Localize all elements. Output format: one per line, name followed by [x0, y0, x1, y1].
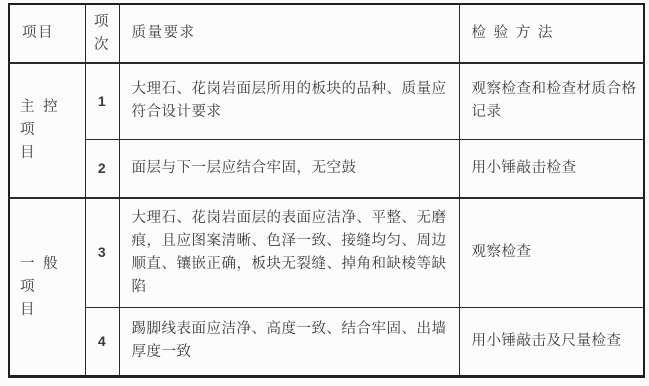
item-no-cell: 4	[85, 307, 119, 377]
document-page: 项目 项 次 质量要求 检 验 方 法 主 控 项 目 1 大理石、花岗岩面层所…	[0, 0, 649, 386]
requirement-cell: 大理石、花岗岩面层的表面应洁净、平整、无磨痕，且应图案清晰、色泽一致、接缝均匀、…	[119, 198, 459, 307]
table-row-2: 2 面层与下一层应结合牢固，无空鼓 用小锤敲击检查	[9, 139, 644, 198]
header-cell-requirement: 质量要求	[119, 4, 459, 63]
table-header-row: 项目 项 次 质量要求 检 验 方 法	[9, 4, 644, 63]
header-cell-method: 检 验 方 法	[459, 4, 644, 63]
requirement-cell: 踢脚线表面应洁净、高度一致、结合牢固、出墙厚度一致	[119, 307, 459, 377]
method-cell: 观察检查和检查材质合格记录	[459, 63, 644, 139]
header-cell-no: 项 次	[85, 4, 119, 63]
method-cell: 观察检查	[459, 198, 644, 307]
category-cell-main-control: 主 控 项 目	[9, 63, 85, 198]
quality-inspection-table: 项目 项 次 质量要求 检 验 方 法 主 控 项 目 1 大理石、花岗岩面层所…	[8, 3, 645, 378]
method-cell: 用小锤敲击检查	[459, 139, 644, 198]
table-row-3: 一 般 项 目 3 大理石、花岗岩面层的表面应洁净、平整、无磨痕，且应图案清晰、…	[9, 198, 644, 307]
table-row-4: 4 踢脚线表面应洁净、高度一致、结合牢固、出墙厚度一致 用小锤敲击及尺量检查	[9, 307, 644, 377]
method-cell: 用小锤敲击及尺量检查	[459, 307, 644, 377]
item-no-cell: 2	[85, 139, 119, 198]
requirement-cell: 大理石、花岗岩面层所用的板块的品种、质量应符合设计要求	[119, 63, 459, 139]
item-no-cell: 3	[85, 198, 119, 307]
item-no-cell: 1	[85, 63, 119, 139]
requirement-cell: 面层与下一层应结合牢固，无空鼓	[119, 139, 459, 198]
category-cell-general: 一 般 项 目	[9, 198, 85, 377]
header-cell-item: 项目	[9, 4, 85, 63]
table-row-1: 主 控 项 目 1 大理石、花岗岩面层所用的板块的品种、质量应符合设计要求 观察…	[9, 63, 644, 139]
